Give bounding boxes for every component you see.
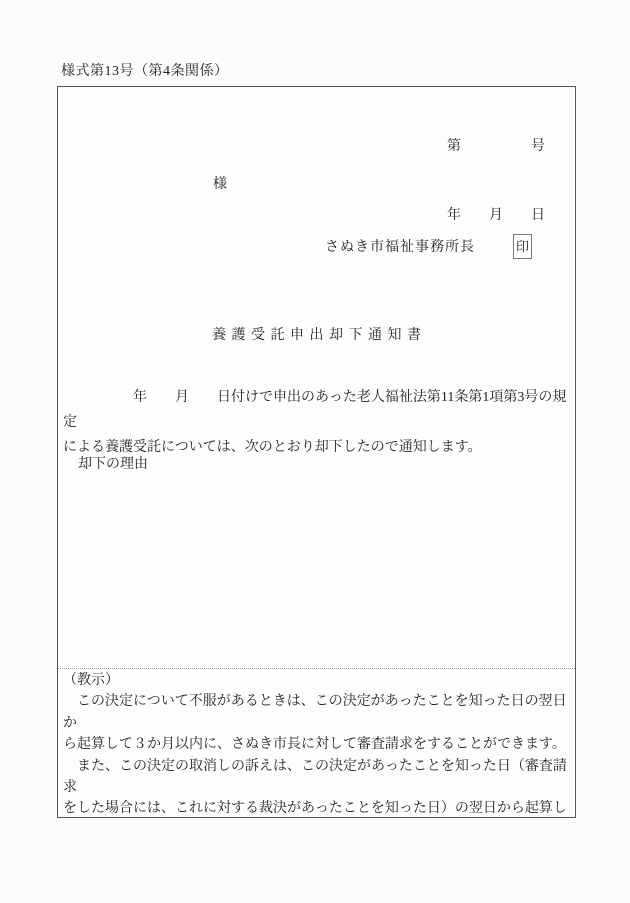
- document-title: 養護受託申出却下通知書: [58, 324, 575, 344]
- notification-body: 年 月 日付けで申出のあった老人福祉法第11条第1項第3号の規定 による養護受託…: [63, 385, 572, 460]
- form-style-caption: 様式第13号（第4条関係）: [61, 60, 229, 80]
- addressee-honorific: 様: [213, 173, 227, 193]
- appeal-instruction-heading: （教示）: [63, 670, 570, 691]
- document-page: { "form": { "caption": "様式第13号（第4条関係）", …: [0, 0, 630, 903]
- doc-number-blank-line: 第 号: [447, 135, 545, 158]
- appeal-instruction-body: この決定について不服があるときは、この決定があったことを知った日の翌日か ら起算…: [63, 691, 570, 817]
- rejection-reason-label: 却下の理由: [78, 453, 148, 473]
- notice-form-box: 第 号 年 月 日 様 さぬき市福祉事務所長 印 養護受託申出却下通知書 年 月…: [57, 86, 576, 818]
- issuer-title: さぬき市福祉事務所長: [325, 236, 475, 256]
- appeal-instruction-section: （教示） この決定について不服があるときは、この決定があったことを知った日の翌日…: [58, 668, 575, 817]
- date-blank-line: 年 月 日: [447, 204, 545, 227]
- seal-placeholder: 印: [513, 234, 532, 259]
